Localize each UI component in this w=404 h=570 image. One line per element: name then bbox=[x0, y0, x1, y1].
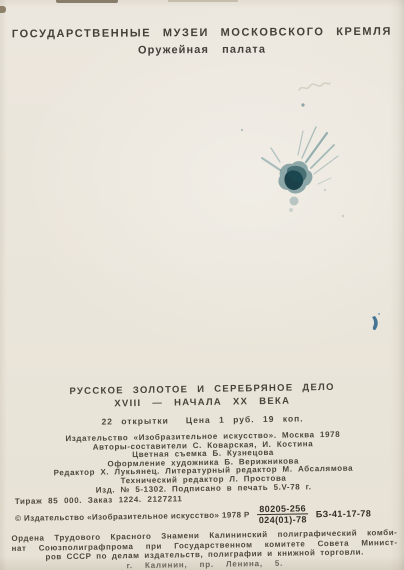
credits-block: Издательство «Изобразительное искусство»… bbox=[1, 430, 404, 496]
printer-block: Ордена Трудового Красного Знамени Калини… bbox=[2, 528, 404, 570]
ink-speck bbox=[368, 312, 384, 334]
museum-header: ГОСУДАРСТВЕННЫЕ МУЗЕИ МОСКОВСКОГО КРЕМЛЯ… bbox=[0, 26, 404, 58]
scan-edge-mark bbox=[56, 0, 118, 3]
colophon: РУССКОЕ ЗОЛОТОЕ И СЕРЕБРЯНОЕ ДЕЛО XVIII … bbox=[0, 381, 404, 570]
price: Цена 1 руб. 19 коп. bbox=[186, 413, 304, 425]
edition-count: 22 открытки bbox=[101, 416, 168, 427]
scan-edge-mark-faint bbox=[168, 0, 238, 2]
copyright-row: © Издательство «Изобразительное искусств… bbox=[2, 502, 404, 529]
museum-subtitle: Оружейная палата bbox=[0, 43, 404, 58]
ink-speck-graphic bbox=[368, 312, 384, 334]
catalog-index-denominator: 024(01)-78 bbox=[257, 514, 309, 525]
ink-stain bbox=[228, 98, 368, 238]
pencil-smudge bbox=[296, 74, 332, 100]
edition-price-row: 22 открытки Цена 1 руб. 19 коп. bbox=[1, 412, 404, 428]
corner-speck bbox=[0, 6, 6, 13]
catalog-index-numerator: 80205-256 bbox=[257, 504, 308, 516]
ink-stain-graphic bbox=[228, 98, 368, 238]
copyright-text: © Издательство «Изобразительное искусств… bbox=[15, 510, 250, 523]
pencil-smudge-graphic bbox=[296, 74, 332, 100]
museum-title: ГОСУДАРСТВЕННЫЕ МУЗЕИ МОСКОВСКОГО КРЕМЛЯ bbox=[0, 26, 404, 41]
scanned-page: ГОСУДАРСТВЕННЫЕ МУЗЕИ МОСКОВСКОГО КРЕМЛЯ… bbox=[0, 0, 404, 570]
catalog-code: БЗ-41-17-78 bbox=[316, 508, 372, 519]
catalog-index: 80205-256 024(01)-78 bbox=[257, 503, 309, 525]
